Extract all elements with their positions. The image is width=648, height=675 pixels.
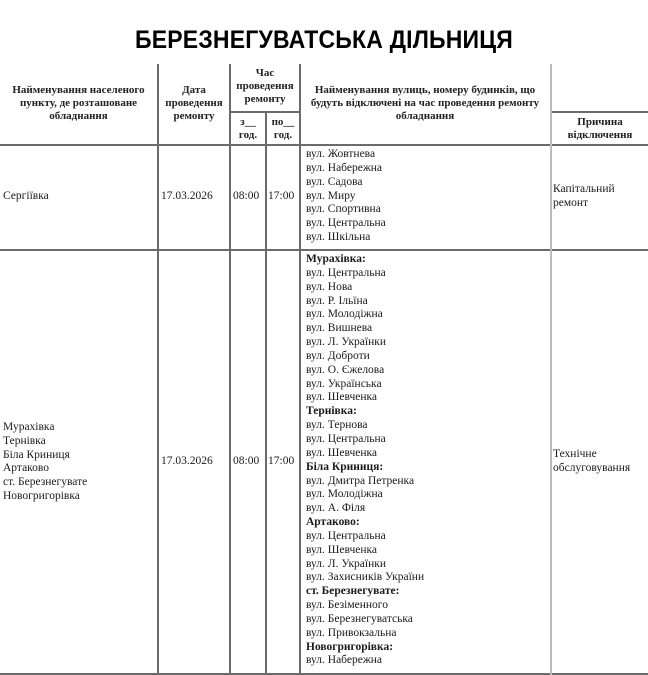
street: вул. Центральна — [306, 267, 424, 281]
street: вул. Шкільна — [306, 231, 386, 245]
street: вул. Л. Українки — [306, 558, 424, 572]
settlement-name: Сергіївка — [3, 190, 153, 204]
settlement-name: Біла Криниця — [3, 449, 153, 463]
street: вул. Набережна — [306, 654, 424, 668]
street: вул. Доброти — [306, 350, 424, 364]
settlement-name: Тернівка — [3, 435, 153, 449]
street: вул. Жовтнева — [306, 148, 386, 162]
street: вул. Садова — [306, 176, 386, 190]
street: вул. Молодіжна — [306, 488, 424, 502]
table-row-1-from: 08:00 — [233, 190, 259, 204]
street: вул. Вишнева — [306, 322, 424, 336]
settlement-name: Новогригорівка — [3, 490, 153, 504]
street: вул. Л. Українки — [306, 336, 424, 350]
header-time: Час проведення ремонту — [231, 67, 299, 106]
street: вул. Миру — [306, 190, 386, 204]
street: вул. Шевченка — [306, 391, 424, 405]
street: вул. Нова — [306, 281, 424, 295]
street-group-title: Новогригорівка: — [306, 641, 424, 655]
street-group-title: Біла Криниця: — [306, 461, 424, 475]
table-row-1-date: 17.03.2026 — [161, 190, 213, 204]
street: вул. Безіменного — [306, 599, 424, 613]
street: вул. Шевченка — [306, 544, 424, 558]
header-time-from: з__ год. — [231, 116, 265, 142]
street: вул. Молодіжна — [306, 308, 424, 322]
street: вул. Набережна — [306, 162, 386, 176]
divider — [550, 111, 648, 113]
street-group-title: Мурахівка: — [306, 253, 424, 267]
street: вул. Р. Ільїна — [306, 295, 424, 309]
street: вул. Центральна — [306, 217, 386, 231]
street: вул. Шевченка — [306, 447, 424, 461]
outage-table: Найменування населеного пункту, де розта… — [0, 0, 648, 675]
header-reason: Причина відключення — [552, 116, 648, 142]
street: вул. Центральна — [306, 433, 424, 447]
street: вул. Привокзальна — [306, 627, 424, 641]
street: вул. О. Єжелова — [306, 364, 424, 378]
header-settlement: Найменування населеного пункту, де розта… — [2, 84, 155, 123]
street-group-title: ст. Березнегувате: — [306, 585, 424, 599]
settlement-name: Мурахівка — [3, 421, 153, 435]
street: вул. Захисників України — [306, 571, 424, 585]
table-row-1-streets: вул. Жовтнева вул. Набережна вул. Садова… — [306, 148, 386, 245]
table-row-1-settlement: Сергіївка — [3, 190, 153, 204]
divider — [550, 64, 552, 675]
settlement-name: ст. Березнегувате — [3, 476, 153, 490]
street: вул. А. Філя — [306, 502, 424, 516]
divider — [299, 64, 301, 675]
street: вул. Центральна — [306, 530, 424, 544]
settlement-name: Артаково — [3, 462, 153, 476]
street-group-title: Артаково: — [306, 516, 424, 530]
header-time-to: по__ год. — [267, 116, 299, 142]
divider — [157, 64, 159, 675]
table-row-1-to: 17:00 — [268, 190, 294, 204]
table-row-2-from: 08:00 — [233, 455, 259, 469]
table-row-2-streets: Мурахівка: вул. Центральна вул. Нова вул… — [306, 253, 424, 668]
street-group-title: Тернівка: — [306, 405, 424, 419]
table-row-2-reason: Технічне обслуговування — [553, 448, 645, 476]
street: вул. Березнегуватська — [306, 613, 424, 627]
street: вул. Дмитра Петренка — [306, 475, 424, 489]
street: вул. Спортивна — [306, 203, 386, 217]
table-row-2-settlements: Мурахівка Тернівка Біла Криниця Артаково… — [3, 421, 153, 504]
street: вул. Українська — [306, 378, 424, 392]
divider — [265, 111, 267, 675]
divider — [229, 64, 231, 675]
table-row-2-date: 17.03.2026 — [161, 455, 213, 469]
header-date: Дата проведення ремонту — [159, 84, 229, 123]
header-streets: Найменування вулиць, номеру будинків, що… — [302, 84, 548, 123]
table-row-1-reason: Капітальний ремонт — [553, 183, 633, 211]
table-row-2-to: 17:00 — [268, 455, 294, 469]
street: вул. Тернова — [306, 419, 424, 433]
